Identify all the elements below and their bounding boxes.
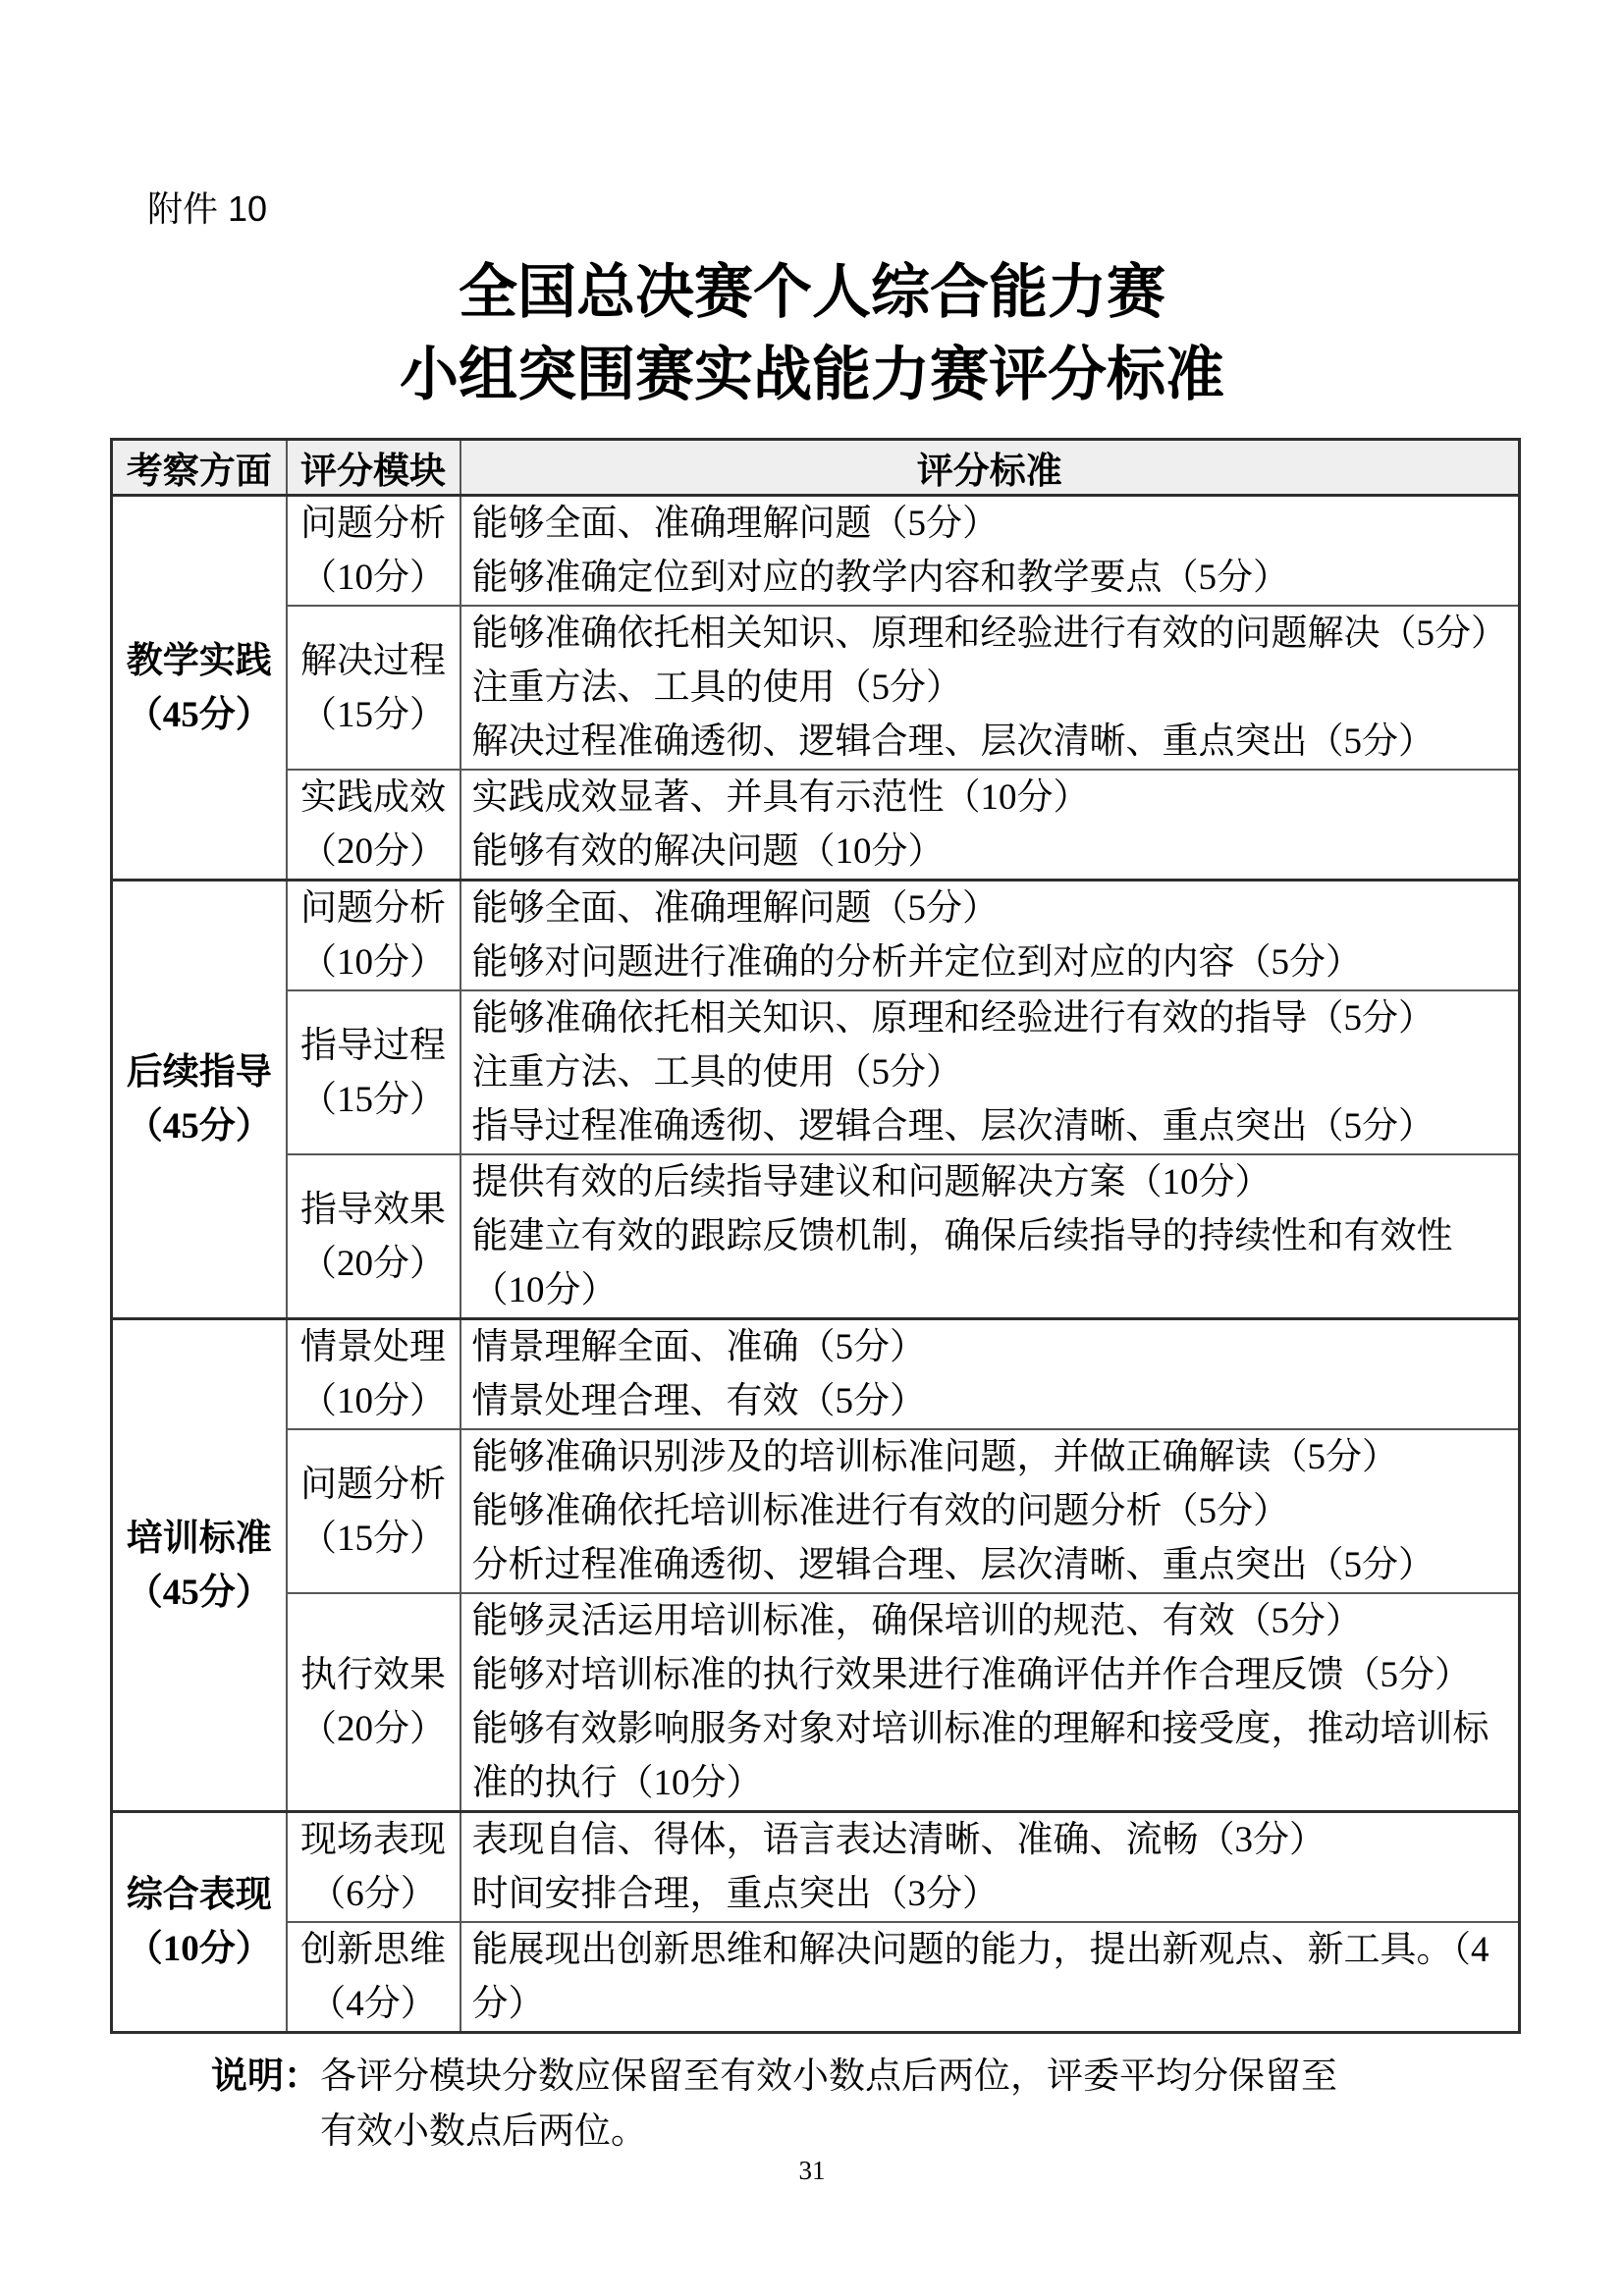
- module-cell: 解决过程（15分）: [287, 606, 460, 770]
- module-name: 实践成效: [288, 771, 460, 825]
- module-score: （15分）: [288, 688, 460, 742]
- criterion-line: 能够灵活运用培训标准，确保培训的规范、有效（5分）: [472, 1594, 1513, 1648]
- module-name: 现场表现: [288, 1813, 460, 1867]
- module-score: （20分）: [288, 1702, 460, 1756]
- criteria-cell: 能够准确依托相关知识、原理和经验进行有效的指导（5分）注重方法、工具的使用（5分…: [460, 990, 1520, 1154]
- table-row: 教学实践（45分）问题分析（10分）能够全面、准确理解问题（5分）能够准确定位到…: [112, 496, 1520, 607]
- module-name: 指导过程: [288, 1019, 460, 1073]
- table-row: 执行效果（20分）能够灵活运用培训标准，确保培训的规范、有效（5分）能够对培训标…: [112, 1593, 1520, 1812]
- module-name: 指导效果: [288, 1183, 460, 1237]
- criterion-line: 能够准确定位到对应的教学内容和教学要点（5分）: [472, 551, 1513, 605]
- page-title-line1: 全国总决赛个人综合能力赛: [0, 251, 1624, 334]
- table-header-row: 考察方面 评分模块 评分标准: [112, 440, 1520, 496]
- criteria-cell: 提供有效的后续指导建议和问题解决方案（10分）能建立有效的跟踪反馈机制，确保后续…: [460, 1154, 1520, 1319]
- module-cell: 问题分析（10分）: [287, 496, 460, 607]
- aspect-cell: 后续指导（45分）: [112, 881, 287, 1319]
- criterion-line: 时间安排合理，重点突出（3分）: [472, 1867, 1513, 1921]
- criterion-line: 能够准确依托培训标准进行有效的问题分析（5分）: [472, 1484, 1513, 1538]
- criterion-line: 能够有效影响服务对象对培训标准的理解和接受度，推动培训标准的执行（10分）: [472, 1702, 1513, 1810]
- table-row: 综合表现（10分）现场表现（6分）表现自信、得体，语言表达清晰、准确、流畅（3分…: [112, 1812, 1520, 1923]
- criterion-line: 能展现出创新思维和解决问题的能力，提出新观点、新工具。（4分）: [472, 1923, 1513, 2031]
- module-score: （20分）: [288, 1237, 460, 1291]
- criterion-line: 能够准确依托相关知识、原理和经验进行有效的指导（5分）: [472, 991, 1513, 1045]
- criterion-line: 指导过程准确透彻、逻辑合理、层次清晰、重点突出（5分）: [472, 1099, 1513, 1153]
- module-name: 问题分析: [288, 1458, 460, 1512]
- module-name: 执行效果: [288, 1648, 460, 1702]
- table-header-criteria: 评分标准: [460, 440, 1520, 496]
- table-row: 解决过程（15分）能够准确依托相关知识、原理和经验进行有效的问题解决（5分）注重…: [112, 606, 1520, 770]
- scoring-table-body: 教学实践（45分）问题分析（10分）能够全面、准确理解问题（5分）能够准确定位到…: [112, 496, 1520, 2033]
- criteria-cell: 表现自信、得体，语言表达清晰、准确、流畅（3分）时间安排合理，重点突出（3分）: [460, 1812, 1520, 1923]
- module-score: （10分）: [288, 935, 460, 989]
- aspect-score: （45分）: [113, 1566, 286, 1620]
- criterion-line: 能够准确依托相关知识、原理和经验进行有效的问题解决（5分）: [472, 607, 1513, 661]
- table-row: 指导效果（20分）提供有效的后续指导建议和问题解决方案（10分）能建立有效的跟踪…: [112, 1154, 1520, 1319]
- module-cell: 实践成效（20分）: [287, 770, 460, 881]
- criterion-line: 能够对培训标准的执行效果进行准确评估并作合理反馈（5分）: [472, 1648, 1513, 1702]
- module-cell: 执行效果（20分）: [287, 1593, 460, 1812]
- criterion-line: 表现自信、得体，语言表达清晰、准确、流畅（3分）: [472, 1813, 1513, 1867]
- aspect-cell: 综合表现（10分）: [112, 1812, 287, 2033]
- module-name: 情景处理: [288, 1320, 460, 1374]
- criterion-line: 能够全面、准确理解问题（5分）: [472, 881, 1513, 935]
- aspect-cell: 教学实践（45分）: [112, 496, 287, 881]
- table-row: 指导过程（15分）能够准确依托相关知识、原理和经验进行有效的指导（5分）注重方法…: [112, 990, 1520, 1154]
- module-score: （20分）: [288, 825, 460, 879]
- table-row: 实践成效（20分）实践成效显著、并具有示范性（10分）能够有效的解决问题（10分…: [112, 770, 1520, 881]
- module-score: （10分）: [288, 551, 460, 605]
- table-row: 创新思维（4分）能展现出创新思维和解决问题的能力，提出新观点、新工具。（4分）: [112, 1922, 1520, 2033]
- module-score: （4分）: [288, 1977, 460, 2031]
- module-cell: 问题分析（10分）: [287, 881, 460, 991]
- criterion-line: 分析过程准确透彻、逻辑合理、层次清晰、重点突出（5分）: [472, 1538, 1513, 1592]
- module-cell: 指导效果（20分）: [287, 1154, 460, 1319]
- table-header-module: 评分模块: [287, 440, 460, 496]
- criterion-line: 能够全面、准确理解问题（5分）: [472, 497, 1513, 551]
- module-cell: 创新思维（4分）: [287, 1922, 460, 2033]
- criteria-cell: 情景理解全面、准确（5分）情景处理合理、有效（5分）: [460, 1319, 1520, 1430]
- criterion-line: 能建立有效的跟踪反馈机制，确保后续指导的持续性和有效性（10分）: [472, 1209, 1513, 1317]
- aspect-score: （45分）: [113, 688, 286, 742]
- criterion-line: 情景理解全面、准确（5分）: [472, 1320, 1513, 1374]
- criterion-line: 能够准确识别涉及的培训标准问题，并做正确解读（5分）: [472, 1430, 1513, 1484]
- criterion-line: 能够有效的解决问题（10分）: [472, 825, 1513, 879]
- module-name: 创新思维: [288, 1923, 460, 1977]
- aspect-name: 培训标准: [113, 1512, 286, 1566]
- criteria-cell: 能够准确依托相关知识、原理和经验进行有效的问题解决（5分）注重方法、工具的使用（…: [460, 606, 1520, 770]
- scoring-table: 考察方面 评分模块 评分标准 教学实践（45分）问题分析（10分）能够全面、准确…: [110, 438, 1521, 2034]
- module-score: （15分）: [288, 1073, 460, 1127]
- aspect-name: 教学实践: [113, 634, 286, 688]
- table-header-aspect: 考察方面: [112, 440, 287, 496]
- module-score: （15分）: [288, 1512, 460, 1566]
- criterion-line: 注重方法、工具的使用（5分）: [472, 1045, 1513, 1099]
- module-score: （6分）: [288, 1867, 460, 1921]
- aspect-name: 后续指导: [113, 1045, 286, 1099]
- criteria-cell: 能够准确识别涉及的培训标准问题，并做正确解读（5分）能够准确依托培训标准进行有效…: [460, 1429, 1520, 1593]
- table-row: 问题分析（15分）能够准确识别涉及的培训标准问题，并做正确解读（5分）能够准确依…: [112, 1429, 1520, 1593]
- module-cell: 情景处理（10分）: [287, 1319, 460, 1430]
- aspect-cell: 培训标准（45分）: [112, 1319, 287, 1812]
- aspect-score: （10分）: [113, 1922, 286, 1976]
- table-row: 后续指导（45分）问题分析（10分）能够全面、准确理解问题（5分）能够对问题进行…: [112, 881, 1520, 991]
- attachment-label: 附件 10: [147, 185, 1624, 234]
- aspect-name: 综合表现: [113, 1868, 286, 1922]
- aspect-score: （45分）: [113, 1099, 286, 1153]
- table-row: 培训标准（45分）情景处理（10分）情景理解全面、准确（5分）情景处理合理、有效…: [112, 1319, 1520, 1430]
- criterion-line: 能够对问题进行准确的分析并定位到对应的内容（5分）: [472, 935, 1513, 989]
- module-cell: 指导过程（15分）: [287, 990, 460, 1154]
- criterion-line: 提供有效的后续指导建议和问题解决方案（10分）: [472, 1155, 1513, 1209]
- criterion-line: 注重方法、工具的使用（5分）: [472, 661, 1513, 715]
- criteria-cell: 能够灵活运用培训标准，确保培训的规范、有效（5分）能够对培训标准的执行效果进行准…: [460, 1593, 1520, 1812]
- module-score: （10分）: [288, 1374, 460, 1428]
- criterion-line: 解决过程准确透彻、逻辑合理、层次清晰、重点突出（5分）: [472, 715, 1513, 769]
- footnote-label: 说明：: [211, 2050, 320, 2160]
- criteria-cell: 实践成效显著、并具有示范性（10分）能够有效的解决问题（10分）: [460, 770, 1520, 881]
- module-cell: 现场表现（6分）: [287, 1812, 460, 1923]
- module-cell: 问题分析（15分）: [287, 1429, 460, 1593]
- footnote: 说明： 各评分模块分数应保留至有效小数点后两位，评委平均分保留至有效小数点后两位…: [211, 2050, 1624, 2160]
- module-name: 问题分析: [288, 497, 460, 551]
- footnote-text: 各评分模块分数应保留至有效小数点后两位，评委平均分保留至有效小数点后两位。: [320, 2050, 1351, 2160]
- module-name: 解决过程: [288, 634, 460, 688]
- page-title-line2: 小组突围赛实战能力赛评分标准: [0, 334, 1624, 416]
- criteria-cell: 能够全面、准确理解问题（5分）能够对问题进行准确的分析并定位到对应的内容（5分）: [460, 881, 1520, 991]
- criteria-cell: 能够全面、准确理解问题（5分）能够准确定位到对应的教学内容和教学要点（5分）: [460, 496, 1520, 607]
- module-name: 问题分析: [288, 881, 460, 935]
- page-number: 31: [0, 2156, 1624, 2186]
- criterion-line: 情景处理合理、有效（5分）: [472, 1374, 1513, 1428]
- criterion-line: 实践成效显著、并具有示范性（10分）: [472, 771, 1513, 825]
- criteria-cell: 能展现出创新思维和解决问题的能力，提出新观点、新工具。（4分）: [460, 1922, 1520, 2033]
